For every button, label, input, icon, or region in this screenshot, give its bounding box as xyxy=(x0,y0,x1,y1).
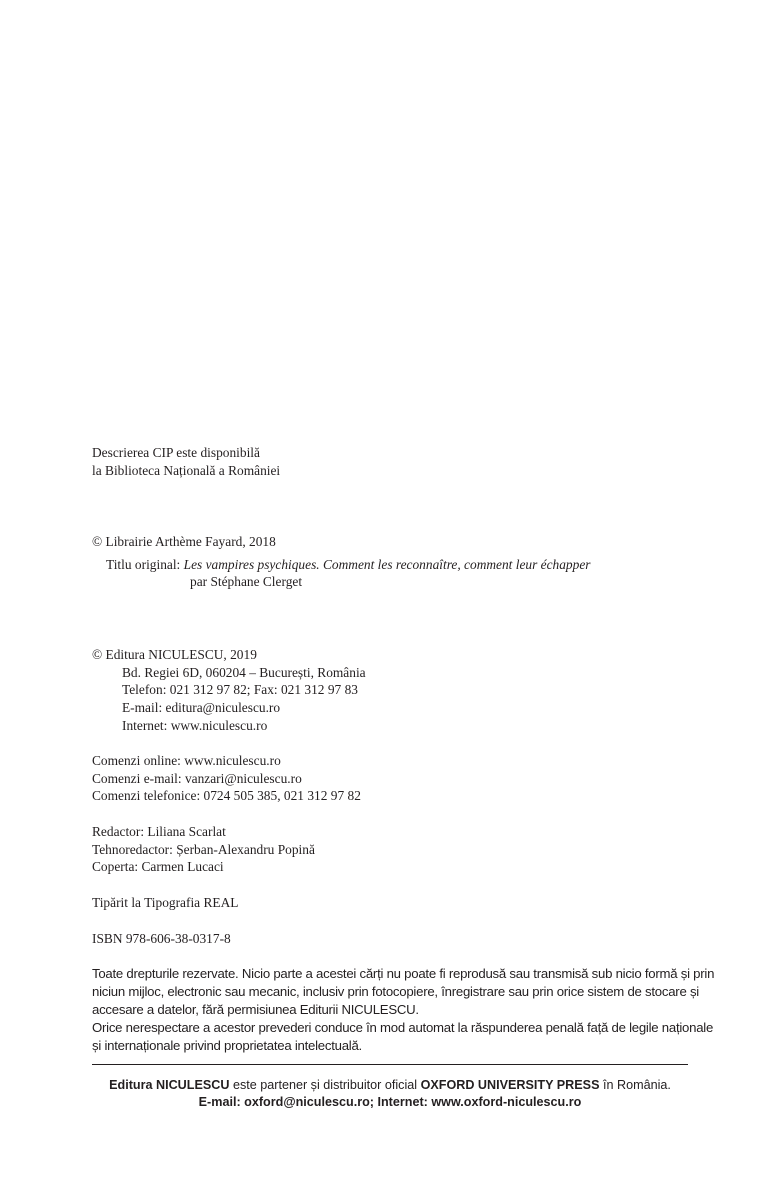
isbn-line: ISBN 978-606-38-0317-8 xyxy=(92,930,231,948)
publisher-info: © Editura NICULESCU, 2019 Bd. Regiei 6D,… xyxy=(92,646,366,735)
rights-line-3: accesare a datelor, fără permisiunea Edi… xyxy=(92,1001,692,1019)
partner-line: Editura NICULESCU este partener și distr… xyxy=(92,1077,688,1094)
publisher-copyright: © Editura NICULESCU, 2019 xyxy=(92,646,366,664)
isbn: ISBN 978-606-38-0317-8 xyxy=(92,930,231,948)
original-edition-info: © Librairie Arthème Fayard, 2018 Titlu o… xyxy=(92,533,590,591)
partner-publisher: Editura NICULESCU xyxy=(109,1078,229,1092)
credits: Redactor: Liliana Scarlat Tehnoredactor:… xyxy=(92,823,315,876)
original-copyright: © Librairie Arthème Fayard, 2018 xyxy=(92,533,590,551)
cip-line-1: Descrierea CIP este disponibilă xyxy=(92,444,280,462)
partner-contact: E-mail: oxford@niculescu.ro; Internet: w… xyxy=(92,1094,688,1111)
rights-line-2: niciun mijloc, electronic sau mecanic, i… xyxy=(92,983,692,1001)
original-title-label: Titlu original: xyxy=(106,557,184,572)
original-title-line: Titlu original: Les vampires psychiques.… xyxy=(92,556,590,574)
partner-notice: Editura NICULESCU este partener și distr… xyxy=(92,1077,688,1111)
publisher-address: Bd. Regiei 6D, 060204 – București, Român… xyxy=(92,664,366,682)
printer-info: Tipărit la Tipografia REAL xyxy=(92,894,238,912)
original-author: par Stéphane Clerget xyxy=(92,573,590,591)
publisher-phone: Telefon: 021 312 97 82; Fax: 021 312 97 … xyxy=(92,681,366,699)
printer-line: Tipărit la Tipografia REAL xyxy=(92,894,238,912)
rights-line-1: Toate drepturile rezervate. Nicio parte … xyxy=(92,965,692,983)
orders-email: Comenzi e-mail: vanzari@niculescu.ro xyxy=(92,770,361,788)
rights-notice: Toate drepturile rezervate. Nicio parte … xyxy=(92,965,692,1055)
orders-phone: Comenzi telefonice: 0724 505 385, 021 31… xyxy=(92,787,361,805)
rights-line-5: și internaționale privind proprietatea i… xyxy=(92,1037,692,1055)
cip-notice: Descrierea CIP este disponibilă la Bibli… xyxy=(92,444,280,479)
orders-online: Comenzi online: www.niculescu.ro xyxy=(92,752,361,770)
credit-editor: Redactor: Liliana Scarlat xyxy=(92,823,315,841)
partner-contact-text: E-mail: oxford@niculescu.ro; Internet: w… xyxy=(199,1095,582,1109)
cip-line-2: la Biblioteca Națională a României xyxy=(92,462,280,480)
divider xyxy=(92,1064,688,1065)
partner-oup: OXFORD UNIVERSITY PRESS xyxy=(421,1078,600,1092)
credit-typesetter: Tehnoredactor: Șerban-Alexandru Popină xyxy=(92,841,315,859)
publisher-internet: Internet: www.niculescu.ro xyxy=(92,717,366,735)
partner-end-text: în România. xyxy=(599,1078,670,1092)
orders-info: Comenzi online: www.niculescu.ro Comenzi… xyxy=(92,752,361,805)
original-title: Les vampires psychiques. Comment les rec… xyxy=(184,557,591,572)
publisher-email: E-mail: editura@niculescu.ro xyxy=(92,699,366,717)
partner-mid-text: este partener și distribuitor oficial xyxy=(229,1078,420,1092)
rights-line-4: Orice nerespectare a acestor prevederi c… xyxy=(92,1019,692,1037)
credit-cover: Coperta: Carmen Lucaci xyxy=(92,858,315,876)
